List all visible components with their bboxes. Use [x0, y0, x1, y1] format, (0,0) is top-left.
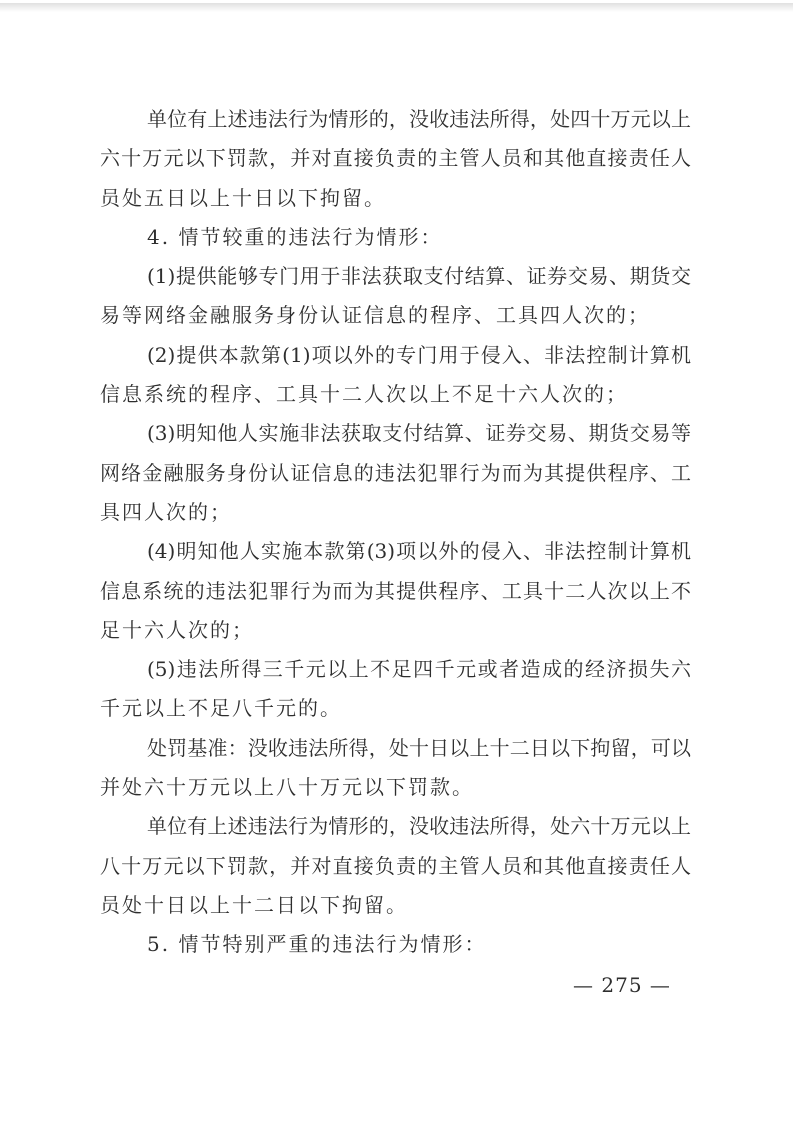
text-line-list-item: (5)违法所得三千元以上不足四千元或者造成的经济损失六 — [100, 650, 691, 689]
text-line: 网络金融服务身份认证信息的违法犯罪行为而为其提供程序、工 — [100, 454, 691, 493]
text-line: 足十六人次的； — [100, 611, 691, 650]
text-line: 信息系统的违法犯罪行为而为其提供程序、工具十二人次以上不 — [100, 572, 691, 611]
text-line: 处罚基准：没收违法所得，处十日以上十二日以下拘留，可以 — [100, 729, 691, 768]
document-page: 单位有上述违法行为情形的，没收违法所得，处四十万元以上 六十万元以下罚款，并对直… — [0, 0, 793, 1122]
text-line-list-item: (3)明知他人实施非法获取支付结算、证券交易、期货交易等 — [100, 414, 691, 453]
text-line: 六十万元以下罚款，并对直接负责的主管人员和其他直接责任人 — [100, 139, 691, 178]
text-line: 并处六十万元以上八十万元以下罚款。 — [100, 768, 691, 807]
text-line: 员处十日以上十二日以下拘留。 — [100, 886, 691, 925]
page-top-scan-shadow — [0, 3, 793, 12]
text-line: 单位有上述违法行为情形的，没收违法所得，处六十万元以上 — [100, 807, 691, 846]
text-line: 员处五日以上十日以下拘留。 — [100, 179, 691, 218]
text-line-item-heading: 5. 情节特别严重的违法行为情形： — [100, 925, 691, 964]
text-line: 八十万元以下罚款，并对直接负责的主管人员和其他直接责任人 — [100, 847, 691, 886]
text-line: 易等网络金融服务身份认证信息的程序、工具四人次的； — [100, 296, 691, 335]
body-text: 单位有上述违法行为情形的，没收违法所得，处四十万元以上 六十万元以下罚款，并对直… — [100, 100, 691, 965]
text-line: 信息系统的程序、工具十二人次以上不足十六人次的； — [100, 375, 691, 414]
text-line-list-item: (2)提供本款第(1)项以外的专门用于侵入、非法控制计算机 — [100, 336, 691, 375]
text-line-list-item: (4)明知他人实施本款第(3)项以外的侵入、非法控制计算机 — [100, 532, 691, 571]
text-line: 千元以上不足八千元的。 — [100, 689, 691, 728]
page-number: — 275 — — [520, 971, 724, 999]
text-line: 单位有上述违法行为情形的，没收违法所得，处四十万元以上 — [100, 100, 691, 139]
text-line-list-item: (1)提供能够专门用于非法获取支付结算、证券交易、期货交 — [100, 257, 691, 296]
text-line: 具四人次的； — [100, 493, 691, 532]
text-line-item-heading: 4. 情节较重的违法行为情形： — [100, 218, 691, 257]
